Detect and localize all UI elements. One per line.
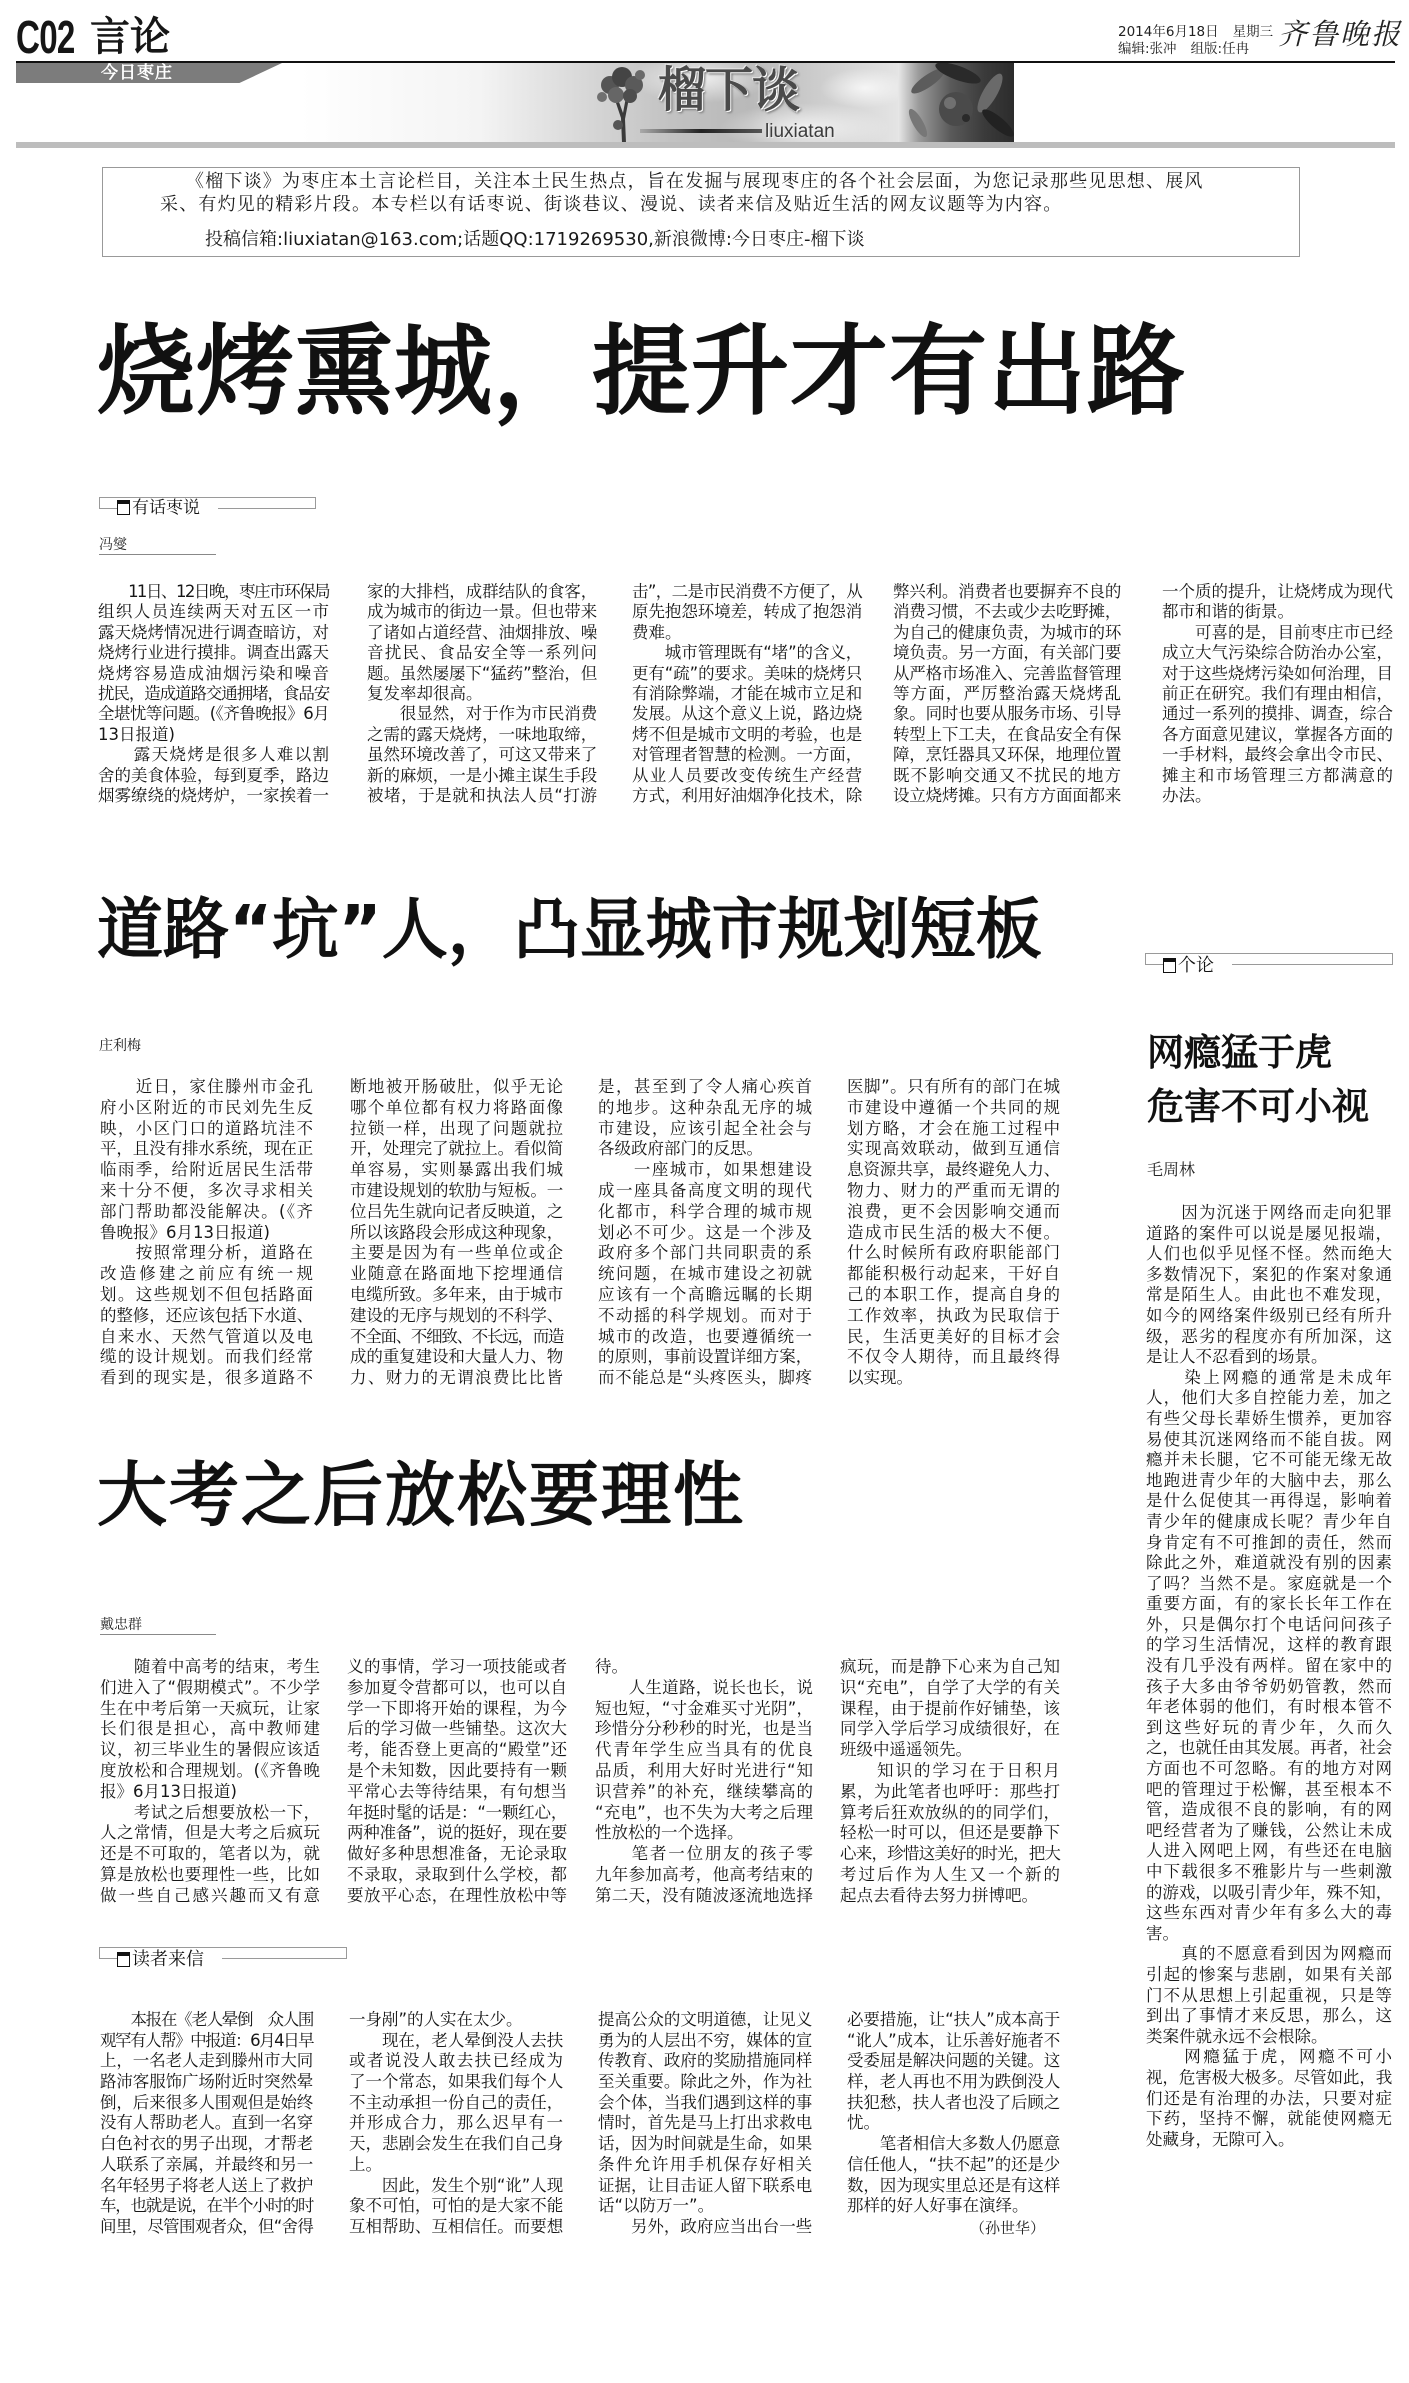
text-line: 了一个常态，如果我们每个人 [349,2072,563,2093]
text-line: 市建设中遵循一个共同的规 [847,1098,1060,1119]
text-column: 近日，家住滕州市金孔府小区附近的市民刘先生反映，小区门口的道路坑洼不平，且没有排… [100,1077,313,1389]
banner-rule [640,129,762,133]
text-line: 车，也就是说，在半个小时的时 [100,2196,313,2217]
text-line: 市建设规划的软肋与短板。一 [350,1181,563,1202]
issue-date: 2014年6月18日 [1118,24,1219,40]
text-line: 自来水、天然气管道以及电 [100,1327,313,1348]
text-line: 扰民，造成道路交通拥堵，食品安 [98,684,329,704]
text-line: 忧。 [847,2113,1060,2134]
text-line: 建设的无序与规划的不科学、 [350,1306,563,1327]
text-line: 境负责。另一方面，有关部门要 [893,643,1121,663]
text-line: 成立大气污染综合防治办公室， [1162,643,1393,663]
text-column: 家的大排档，成群结队的食客，成为城市的街边一景。但也带来了诸如占道经营、油烟排放… [367,582,597,806]
text-line: 易使其沉迷网络而不能自拔。网 [1146,1430,1392,1451]
text-line: 话“以防万一”。 [598,2196,812,2217]
newspaper-logo: 齐鲁晚报 [1278,14,1402,54]
banner-pinyin: liuxiatan [765,121,835,143]
text-line: 哪个单位都有权力将路面像 [350,1098,563,1119]
text-line: 上，一名老人走到滕州市大同 [100,2051,313,2072]
text-line: 不仅令人期待，而且最终得 [847,1347,1060,1368]
text-line: 舍的美食体验，每到夏季，路边 [98,766,329,786]
text-line: 位吕先生就向记者反映道，之 [350,1202,563,1223]
text-line: 瘾并未长腿，它不可能无缘无故 [1146,1450,1392,1471]
text-line: 平常心去等待结果，有句想当 [347,1782,567,1803]
text-line: 吧的管理过于松懈，甚至根本不 [1146,1780,1392,1801]
text-line: 办法。 [1162,786,1393,806]
text-line: 数，因为现实里总还是有这样 [847,2176,1060,2197]
text-line: 真的不愿意看到因为网瘾而 [1146,1944,1392,1965]
text-line: 应该有一个高瞻远瞩的长期 [598,1285,812,1306]
text-line: 成一座具备高度文明的现代 [598,1181,812,1202]
text-line: 九年参加高考，他高考结束的 [595,1865,813,1886]
section-box-icon [1163,958,1176,973]
text-line: 成为城市的街边一景。但也带来 [367,602,597,622]
text-column: 击”，二是市民消费不方便了，从原先抱怨环境差，转成了抱怨消费难。 城市管理既有“… [632,582,862,806]
text-line: 地跑进青少年的大脑中去，那么 [1146,1471,1392,1492]
text-line: 从严格市场准入、完善监督管理 [893,664,1121,684]
section-label: 读者来信 [117,1950,222,1969]
text-line: 代青年学生应当具有的优良 [595,1740,813,1761]
text-line: 长们很是担心，高中教师建 [100,1719,320,1740]
text-line: 并形成合力，那么迟早有一 [349,2113,563,2134]
text-line: 造成市民生活的极大不便。 [847,1223,1060,1244]
text-line: 参加夏令营都可以，也可以自 [347,1678,567,1699]
text-line: 统问题，在城市建设之初就 [598,1264,812,1285]
text-line: 观罕有人帮》中报道：6月4日早 [100,2031,313,2052]
text-line: 义的事情，学习一项技能或者 [347,1657,567,1678]
text-line: 没有几乎没有两样。留在家中的 [1146,1656,1392,1677]
text-line: 人生道路，说长也长，说 [595,1678,813,1699]
article-headline: 烧烤熏城，提升才有出路 [97,317,1186,427]
text-line: 考试之后想要放松一下， [100,1803,320,1824]
text-line: 息资源共享，最终避免人力、 [847,1160,1060,1181]
text-line: 不主动承担一份自己的责任， [349,2093,563,2114]
text-line: 要放平心态，在理性放松中等 [347,1886,567,1907]
text-line: 都市和谐的街景。 [1162,602,1393,622]
text-line: 传教育、政府的奖励措施同样 [598,2051,812,2072]
text-line: 的游戏，以吸引青少年，殊不知， [1146,1883,1392,1904]
text-line: 组织人员连续两天对五区一市 [98,602,329,622]
page-code: C02 [16,12,66,62]
text-line: 那样的好人好事在演绎。 [847,2196,1060,2217]
text-line: 算是放松也要理性一些，比如 [100,1865,320,1886]
text-column: 弊兴利。消费者也要摒弃不良的消费习惯，不去或少去吃野摊，为自己的健康负责，为城市… [893,582,1121,806]
text-line: 原先抱怨环境差，转成了抱怨消 [632,602,862,622]
text-line: 常是陌生人。由此也不难发现， [1146,1285,1392,1306]
text-line: 击”，二是市民消费不方便了，从 [632,582,862,602]
text-line: 受委屈是解决问题的关键。这 [847,2051,1060,2072]
text-line: 看到的现实是，很多道路不 [100,1368,313,1389]
text-line: 划必不可少。这是一个涉及 [598,1223,812,1244]
text-line: 除此之外，难道就没有别的因素 [1146,1553,1392,1574]
text-line: 们还是有治理的办法，只要对症 [1146,2089,1392,2110]
text-line: 费难。 [632,623,862,643]
text-line: 这些东西对青少年有多么大的毒 [1146,1903,1392,1924]
text-line: 类案件就永远不会根除。 [1146,2027,1392,2048]
text-line: 11日、12日晚，枣庄市环保局 [98,582,329,602]
letter-signature: （孙世华） [970,2218,1045,2238]
banner-title: 榴下谈 [658,62,799,118]
text-line: 13日报道) [98,725,329,745]
text-line: 不录取，录取到什么学校，都 [347,1865,567,1886]
text-line: 消费习惯，不去或少去吃野摊， [893,602,1121,622]
text-line: 来十分不便，多次寻求相关 [100,1181,313,1202]
section-label-text: 个论 [1178,955,1214,976]
sidebar-author: 毛周林 [1147,1161,1195,1179]
text-line: 家的大排档，成群结队的食客， [367,582,597,602]
section-label: 个论 [1163,956,1232,975]
text-line: 到出了事情才来反思，那么，这 [1146,2006,1392,2027]
text-line: 人们也似乎见怪不怪。然而绝大 [1146,1244,1392,1265]
text-line: 音扰民、食品安全等一系列问 [367,643,597,663]
text-line: 报》6月13日报道) [100,1782,320,1803]
text-column: 医脚”。只有所有的部门在城市建设中遵循一个共同的规划方略，才会在施工过程中实现高… [847,1077,1060,1389]
text-line: 是个未知数，因此要持有一颗 [347,1761,567,1782]
text-line: 们进入了“假期模式”。不少学 [100,1678,320,1699]
text-line: 路沛客服饰广场附近时突然晕 [100,2072,313,2093]
text-line: 笔者一位朋友的孩子零 [595,1844,813,1865]
text-line: 城市的改造，也要遵循统一 [598,1327,812,1348]
text-line: 露天烧烤情况进行调查暗访，对 [98,623,329,643]
text-line: 是，甚至到了令人痛心疾首 [598,1077,812,1098]
text-line: 一个质的提升，让烧烤成为现代 [1162,582,1393,602]
text-line: 知识的学习在于日积月 [840,1761,1060,1782]
text-line: 物力、财力的严重而无谓的 [847,1181,1060,1202]
text-line: 化都市，科学合理的城市规 [598,1202,812,1223]
text-column: 随着中高考的结束，考生们进入了“假期模式”。不少学生在中考后第一天疯玩，让家长们… [100,1657,320,1907]
text-line: 己的本职工作，提高自身的 [847,1285,1060,1306]
text-line: 视，危害极大极多。尽管如此，我 [1146,2068,1392,2089]
text-line: 虽然环境改善了，可这又带来了 [367,745,597,765]
text-line: 了诸如占道经营、油烟排放、噪 [367,623,597,643]
text-line: 班级中遥遥领先。 [840,1740,1060,1761]
text-line: 下药，坚持不懈，就能使网瘾无 [1146,2109,1392,2130]
text-line: 对于这些烧烤污染如何治理，目 [1162,664,1393,684]
text-line: 本报在《老人晕倒 众人围 [100,2010,313,2031]
text-line: 年挺时髦的话是：“一颗红心， [347,1803,567,1824]
text-line: 勇为的人层出不穷，媒体的宣 [598,2031,812,2052]
text-line: 外，只是偶尔打个电话问问孩子 [1146,1615,1392,1636]
text-line: 按照常理分析，道路在 [100,1243,313,1264]
text-column: 待。 人生道路，说长也长，说短也短，“寸金难买寸光阴”，珍惜分分秒秒的时光，也是… [595,1657,813,1907]
text-line: 另外，政府应当出台一些 [598,2217,812,2238]
text-line: 断地被开肠破肚，似乎无论 [350,1077,563,1098]
text-line: 处藏身，无隙可入。 [1146,2130,1392,2151]
text-line: 以实现。 [847,1368,1060,1389]
text-line: 政府多个部门共同职责的系 [598,1243,812,1264]
text-line: 发展。从这个意义上说，路边烧 [632,704,862,724]
text-line: 品质，利用大好时光进行“知 [595,1761,813,1782]
text-line: 没有人帮助老人。直到一名穿 [100,2113,313,2134]
text-line: 笔者相信大多数人仍愿意 [847,2134,1060,2155]
text-line: 的原则，事前设置详细方案， [598,1347,812,1368]
text-line: 染上网瘾的通常是未成年 [1146,1368,1392,1389]
text-line: 方式，利用好油烟净化技术，除 [632,786,862,806]
text-line: 中下载很多不雅影片与一些刺激 [1146,1862,1392,1883]
text-line: 业随意在路面地下挖埋通信 [350,1264,563,1285]
text-line: 了吗？当然不是。家庭就是一个 [1146,1574,1392,1595]
text-column: 提高公众的文明道德，让见义勇为的人层出不穷，媒体的宣传教育、政府的奖励措施同样至… [598,2010,812,2238]
text-line: 划。这些规划不但包括路面 [100,1285,313,1306]
text-line: 门不从思想上引起重视，只是等 [1146,1986,1392,2007]
text-line: 心来，珍惜这美好的时光，把大 [840,1844,1060,1865]
text-line: 的地步。这种杂乱无序的城 [598,1098,812,1119]
text-column: 11日、12日晚，枣庄市环保局组织人员连续两天对五区一市露天烧烤情况进行调查暗访… [98,582,329,806]
text-line: 人联系了亲属，并最终和另一 [100,2155,313,2176]
text-line: 被堵，于是就和执法人员“打游 [367,786,597,806]
text-line: 实现高效联动，做到互通信 [847,1139,1060,1160]
text-line: 间里，尽管围观者众，但“舍得 [100,2217,313,2238]
text-column: 因为沉迷于网络而走向犯罪道路的案件可以说是屡见报端，人们也似乎见怪不怪。然而绝大… [1146,1203,1392,2150]
text-line: 浪费，更不会因影响交通而 [847,1202,1060,1223]
text-line: 识“充电”，自学了大学的有关 [840,1678,1060,1699]
text-line: 信任他人，“扶不起”的还是少 [847,2155,1060,2176]
header-gray-bar [16,142,1395,148]
text-line: 情时，首先是马上打出求救电 [598,2113,812,2134]
text-line: 青少年的健康成长呢？青少年自 [1146,1512,1392,1533]
text-line: 有消除弊端，才能在城市立足和 [632,684,862,704]
section-label-text: 有话枣说 [132,498,200,518]
text-line: 力、财力的无谓浪费比比皆 [350,1368,563,1389]
text-line: 随着中高考的结束，考生 [100,1657,320,1678]
text-line: 扶犯愁，扶人者也没了后顾之 [847,2093,1060,2114]
sidebar-headline: 网瘾猛于虎 危害不可小视 [1147,1026,1369,1134]
text-line: 弊兴利。消费者也要摒弃不良的 [893,582,1121,602]
text-line: 烧烤容易造成油烟污染和噪音 [98,664,329,684]
text-line: 鲁晚报》6月13日报道) [100,1223,313,1244]
section-label: 有话枣说 [117,499,218,518]
text-line: 算考后狂欢放纵的的同学们， [840,1803,1060,1824]
text-line: 各级政府部门的反思。 [598,1139,812,1160]
text-line: 象不可怕，可怕的是大家不能 [349,2196,563,2217]
text-line: 划方略，才会在施工过程中 [847,1119,1060,1140]
text-line: 单容易，实则暴露出我们城 [350,1160,563,1181]
subsection-name: 今日枣庄 [101,63,173,83]
section-name: 言论 [90,12,170,62]
text-line: 后的学习做一些铺垫。这次大 [347,1719,567,1740]
text-line: 市建设，应该引起全社会与 [598,1119,812,1140]
text-line: 工作效率，执政为民取信于 [847,1306,1060,1327]
text-line: 学一下即将开始的课程，为今 [347,1699,567,1720]
text-line: 全堪忧等问题。(《齐鲁晚报》6月 [98,704,329,724]
article-headline: 道路“坑”人，凸显城市规划短板 [97,890,1042,970]
section-box-icon [117,500,130,515]
text-line: 提高公众的文明道德，让见义 [598,2010,812,2031]
text-line: 身肯定有不可推卸的责任，然而 [1146,1533,1392,1554]
article-headline: 大考之后放松要理性 [97,1455,745,1535]
text-line: 议，初三毕业生的暑假应该适 [100,1740,320,1761]
text-line: 或者说没人敢去扶已经成为 [349,2051,563,2072]
sidebar-headline-line: 网瘾猛于虎 [1147,1026,1369,1080]
text-line: 同学入学后学习成绩很好，在 [840,1719,1060,1740]
text-line: 是什么促使其一再得逞，影响着 [1146,1491,1392,1512]
text-line: 如今的网络案件级别已经有所升 [1146,1306,1392,1327]
text-line: 短也短，“寸金难买寸光阴”， [595,1699,813,1720]
text-column: 本报在《老人晕倒 众人围观罕有人帮》中报道：6月4日早上，一名老人走到滕州市大同… [100,2010,313,2238]
text-line: 生在中考后第一天疯玩，让家 [100,1699,320,1720]
text-line: 因此，发生个别“讹”人现 [349,2176,563,2197]
text-line: 新的麻烦，一是小摊主谋生手段 [367,766,597,786]
editor-credit: 编辑:张冲 [1118,41,1177,57]
text-line: 主要是因为有一些单位或企 [350,1243,563,1264]
issue-weekday: 星期三 [1233,24,1274,40]
text-line: 题。虽然屡屡下“猛药”整治，但 [367,664,597,684]
text-line: 至关重要。除此之外，作为社 [598,2072,812,2093]
text-line: 从业人员要改变传统生产经营 [632,766,862,786]
text-column: 义的事情，学习一项技能或者参加夏令营都可以，也可以自学一下即将开始的课程，为今后… [347,1657,567,1907]
text-line: 一手材料，最终会拿出令市民、 [1162,745,1393,765]
text-line: 引起的惨案与悲剧，如果有关部 [1146,1965,1392,1986]
section-label-text: 读者来信 [132,1949,204,1970]
text-column: 一身剐”的人实在太少。 现在，老人晕倒没人去扶或者说没人敢去扶已经成为了一个常态… [349,2010,563,2238]
text-line: 部门帮助都没能解决。(《齐 [100,1202,313,1223]
text-line: 珍惜分分秒秒的时光，也是当 [595,1719,813,1740]
text-line: 象。同时也要从服务市场、引导 [893,704,1121,724]
text-line: 一身剐”的人实在太少。 [349,2010,563,2031]
text-line: 考过后作为人生又一个新的 [840,1865,1060,1886]
text-line: 度放松和合理规划。(《齐鲁晚 [100,1761,320,1782]
text-line: 道路的案件可以说是屡见报端， [1146,1224,1392,1245]
text-column: 一个质的提升，让烧烤成为现代都市和谐的街景。 可喜的是，目前枣庄市已经成立大气污… [1162,582,1393,806]
text-line: 改造修建之前应有统一规 [100,1264,313,1285]
text-line: 管，造成很不良的影响，有的网 [1146,1800,1392,1821]
text-line: 不全面、不细致、不长远，而造 [350,1327,563,1348]
text-line: 待。 [595,1657,813,1678]
text-line: 不动摇的科学规划。而对于 [598,1306,812,1327]
text-line: 通过一系列的摸排、调查，综合 [1162,704,1393,724]
text-line: 的学习生活情况，这样的教育跟 [1146,1635,1392,1656]
text-line: 之需的露天烧烤，一味地取缔， [367,725,597,745]
text-line: 映，小区门口的道路坑洼不 [100,1119,313,1140]
text-line: 上。 [349,2155,563,2176]
text-line: 一座城市，如果想建设 [598,1160,812,1181]
text-line: 天，悲剧会发生在我们自己身 [349,2134,563,2155]
text-line: 多数情况下，案犯的作案对象通 [1146,1265,1392,1286]
pomegranate-leaves-icon [898,63,1014,142]
text-line: 网瘾猛于虎，网瘾不可小 [1146,2047,1392,2068]
text-line: 互相帮助、互相信任。而要想 [349,2217,563,2238]
text-line: 轻松一时可以，但还是要静下 [840,1823,1060,1844]
text-line: 到这些好玩的青少年，久而久 [1146,1718,1392,1739]
text-line: 因为沉迷于网络而走向犯罪 [1146,1203,1392,1224]
text-line: 识营养”的补充，继续攀高的 [595,1782,813,1803]
layout-credit: 组版:任冉 [1191,41,1250,57]
text-line: 害。 [1146,1924,1392,1945]
intro-text-line: 《榴下谈》为枣庄本土言论栏目，关注本土民生热点，旨在发掘与展现枣庄的各个社会层面… [186,171,1204,193]
article-author: 戴忠群 [100,1617,216,1635]
text-line: 为自己的健康负责，为城市的环 [893,623,1121,643]
text-column: 必要措施，让“扶人”成本高于“讹人”成本，让乐善好施者不受委屈是解决问题的关键。… [847,2010,1060,2217]
text-line: 考，能否登上更高的“殿堂”还 [347,1740,567,1761]
text-line: 重要方面，有的家长长年工作在 [1146,1594,1392,1615]
text-line: 临雨季，给附近居民生活带 [100,1160,313,1181]
text-line: 课程，由于提前作好铺垫，该 [840,1699,1060,1720]
text-line: 会个体，当我们遇到这样的事 [598,2093,812,2114]
text-line: 设立烧烤摊。只有方方面面都来 [893,786,1121,806]
text-line: 露天烧烤是很多人难以割 [98,745,329,765]
text-column: 是，甚至到了令人痛心疾首的地步。这种杂乱无序的城市建设，应该引起全社会与各级政府… [598,1077,812,1389]
text-line: 摊主和市场管理三方都满意的 [1162,766,1393,786]
text-line: 名年轻男子将老人送上了救护 [100,2176,313,2197]
text-line: 障，烹饪器具又环保，地理位置 [893,745,1121,765]
text-line: 条件允许用手机保存好相关 [598,2155,812,2176]
text-line: 而不能总是“头疼医头，脚疼 [598,1368,812,1389]
text-line: 做一些自己感兴趣而又有意 [100,1886,320,1907]
article-author: 冯燮 [99,537,216,555]
text-line: 第二天，没有随波逐流地选择 [595,1886,813,1907]
text-line: 很显然，对于作为市民消费 [367,704,597,724]
text-line: 前正在研究。我们有理由相信， [1162,684,1393,704]
text-line: 样，老人再也不用为跌倒没人 [847,2072,1060,2093]
text-line: 方面也不可忽略。有的地方对网 [1146,1759,1392,1780]
text-line: 起点去看待去努力拼博吧。 [840,1886,1060,1907]
sidebar-headline-line: 危害不可小视 [1147,1080,1369,1134]
text-line: 缆的设计规划。而我们经常 [100,1347,313,1368]
text-line: 成的重复建设和大量人力、物 [350,1347,563,1368]
text-line: 既不影响交通又不扰民的地方 [893,766,1121,786]
text-line: 吧经营者为了赚钱，公然让未成 [1146,1821,1392,1842]
text-line: 年老体弱的他们，有时根本管不 [1146,1697,1392,1718]
text-line: 孩子大多由爷爷奶奶管教，然而 [1146,1677,1392,1698]
text-line: 做好多种思想准备，无论录取 [347,1844,567,1865]
text-line: 对管理者智慧的检测。一方面， [632,745,862,765]
text-line: 人进入网吧上网，有些还在电脑 [1146,1841,1392,1862]
text-line: 医脚”。只有所有的部门在城 [847,1077,1060,1098]
text-line: 等方面，严厉整治露天烧烤乱 [893,684,1121,704]
text-line: 转型上下工夫，在食品安全有保 [893,725,1121,745]
text-line: 都能积极行动起来，干好自 [847,1264,1060,1285]
text-line: 还是不可取的，笔者以为，就 [100,1844,320,1865]
text-line: 两种准备”，说的挺好，现在要 [347,1823,567,1844]
text-line: 拉锁一样，出现了问题就拉 [350,1119,563,1140]
intro-text-line: 采、有灼见的精彩片段。本专栏以有话枣说、街谈巷议、漫说、读者来信及贴近生活的网友… [160,194,1062,216]
text-line: 可喜的是，目前枣庄市已经 [1162,623,1393,643]
text-line: 近日，家住滕州市金孔 [100,1077,313,1098]
text-line: 之，也就任由其发展。再者，社会 [1146,1738,1392,1759]
text-column: 疯玩，而是静下心来为自己知识“充电”，自学了大学的有关课程，由于提前作好铺垫，该… [840,1657,1060,1907]
text-line: 白色衬衣的男子出现，才帮老 [100,2134,313,2155]
text-line: 倒，后来很多人围观但是始终 [100,2093,313,2114]
section-box-icon [117,1952,130,1967]
text-line: 性放松的一个选择。 [595,1823,813,1844]
article-author: 庄利梅 [99,1038,141,1054]
text-line: 现在，老人晕倒没人去扶 [349,2031,563,2052]
text-line: 各方面意见建议，掌握各方面的 [1162,725,1393,745]
text-line: “充电”，也不失为大考之后理 [595,1803,813,1824]
text-line: 开，处理完了就拉上。看似简 [350,1139,563,1160]
text-line: 府小区附近的市民刘先生反 [100,1098,313,1119]
text-line: 级，恶劣的程度亦有所加深，这 [1146,1327,1392,1348]
text-line: 是让人不忍看到的场景。 [1146,1347,1392,1368]
text-column: 断地被开肠破肚，似乎无论哪个单位都有权力将路面像拉锁一样，出现了问题就拉开，处理… [350,1077,563,1389]
text-line: 烤不但是城市文明的考验，也是 [632,725,862,745]
text-line: 话，因为时间就是生命，如果 [598,2134,812,2155]
subsection-tab: 今日枣庄 [16,63,282,83]
text-line: 人，他们大多自控能力差，加之 [1146,1388,1392,1409]
text-line: 烟雾缭绕的烧烤炉，一家挨着一 [98,786,329,806]
text-line: 的整修，还应该包括下水道、 [100,1306,313,1327]
intro-contact-line: 投稿信箱:liuxiatan@163.com;话题QQ:1719269530,新… [205,229,864,251]
pomegranate-photo [898,63,1014,142]
text-line: 民，生活更美好的目标才会 [847,1327,1060,1348]
text-line: 有些父母长辈娇生惯养，更加容 [1146,1409,1392,1430]
text-line: 人之常情，但是大考之后疯玩 [100,1823,320,1844]
page-header: C02言论 [16,12,170,62]
text-line: 累，为此笔者也呼吁：那些打 [840,1782,1060,1803]
text-line: 证据，让目击证人留下联系电 [598,2176,812,2197]
text-line: 平，且没有排水系统，现在正 [100,1139,313,1160]
text-line: 更有“疏”的要求。美味的烧烤只 [632,664,862,684]
